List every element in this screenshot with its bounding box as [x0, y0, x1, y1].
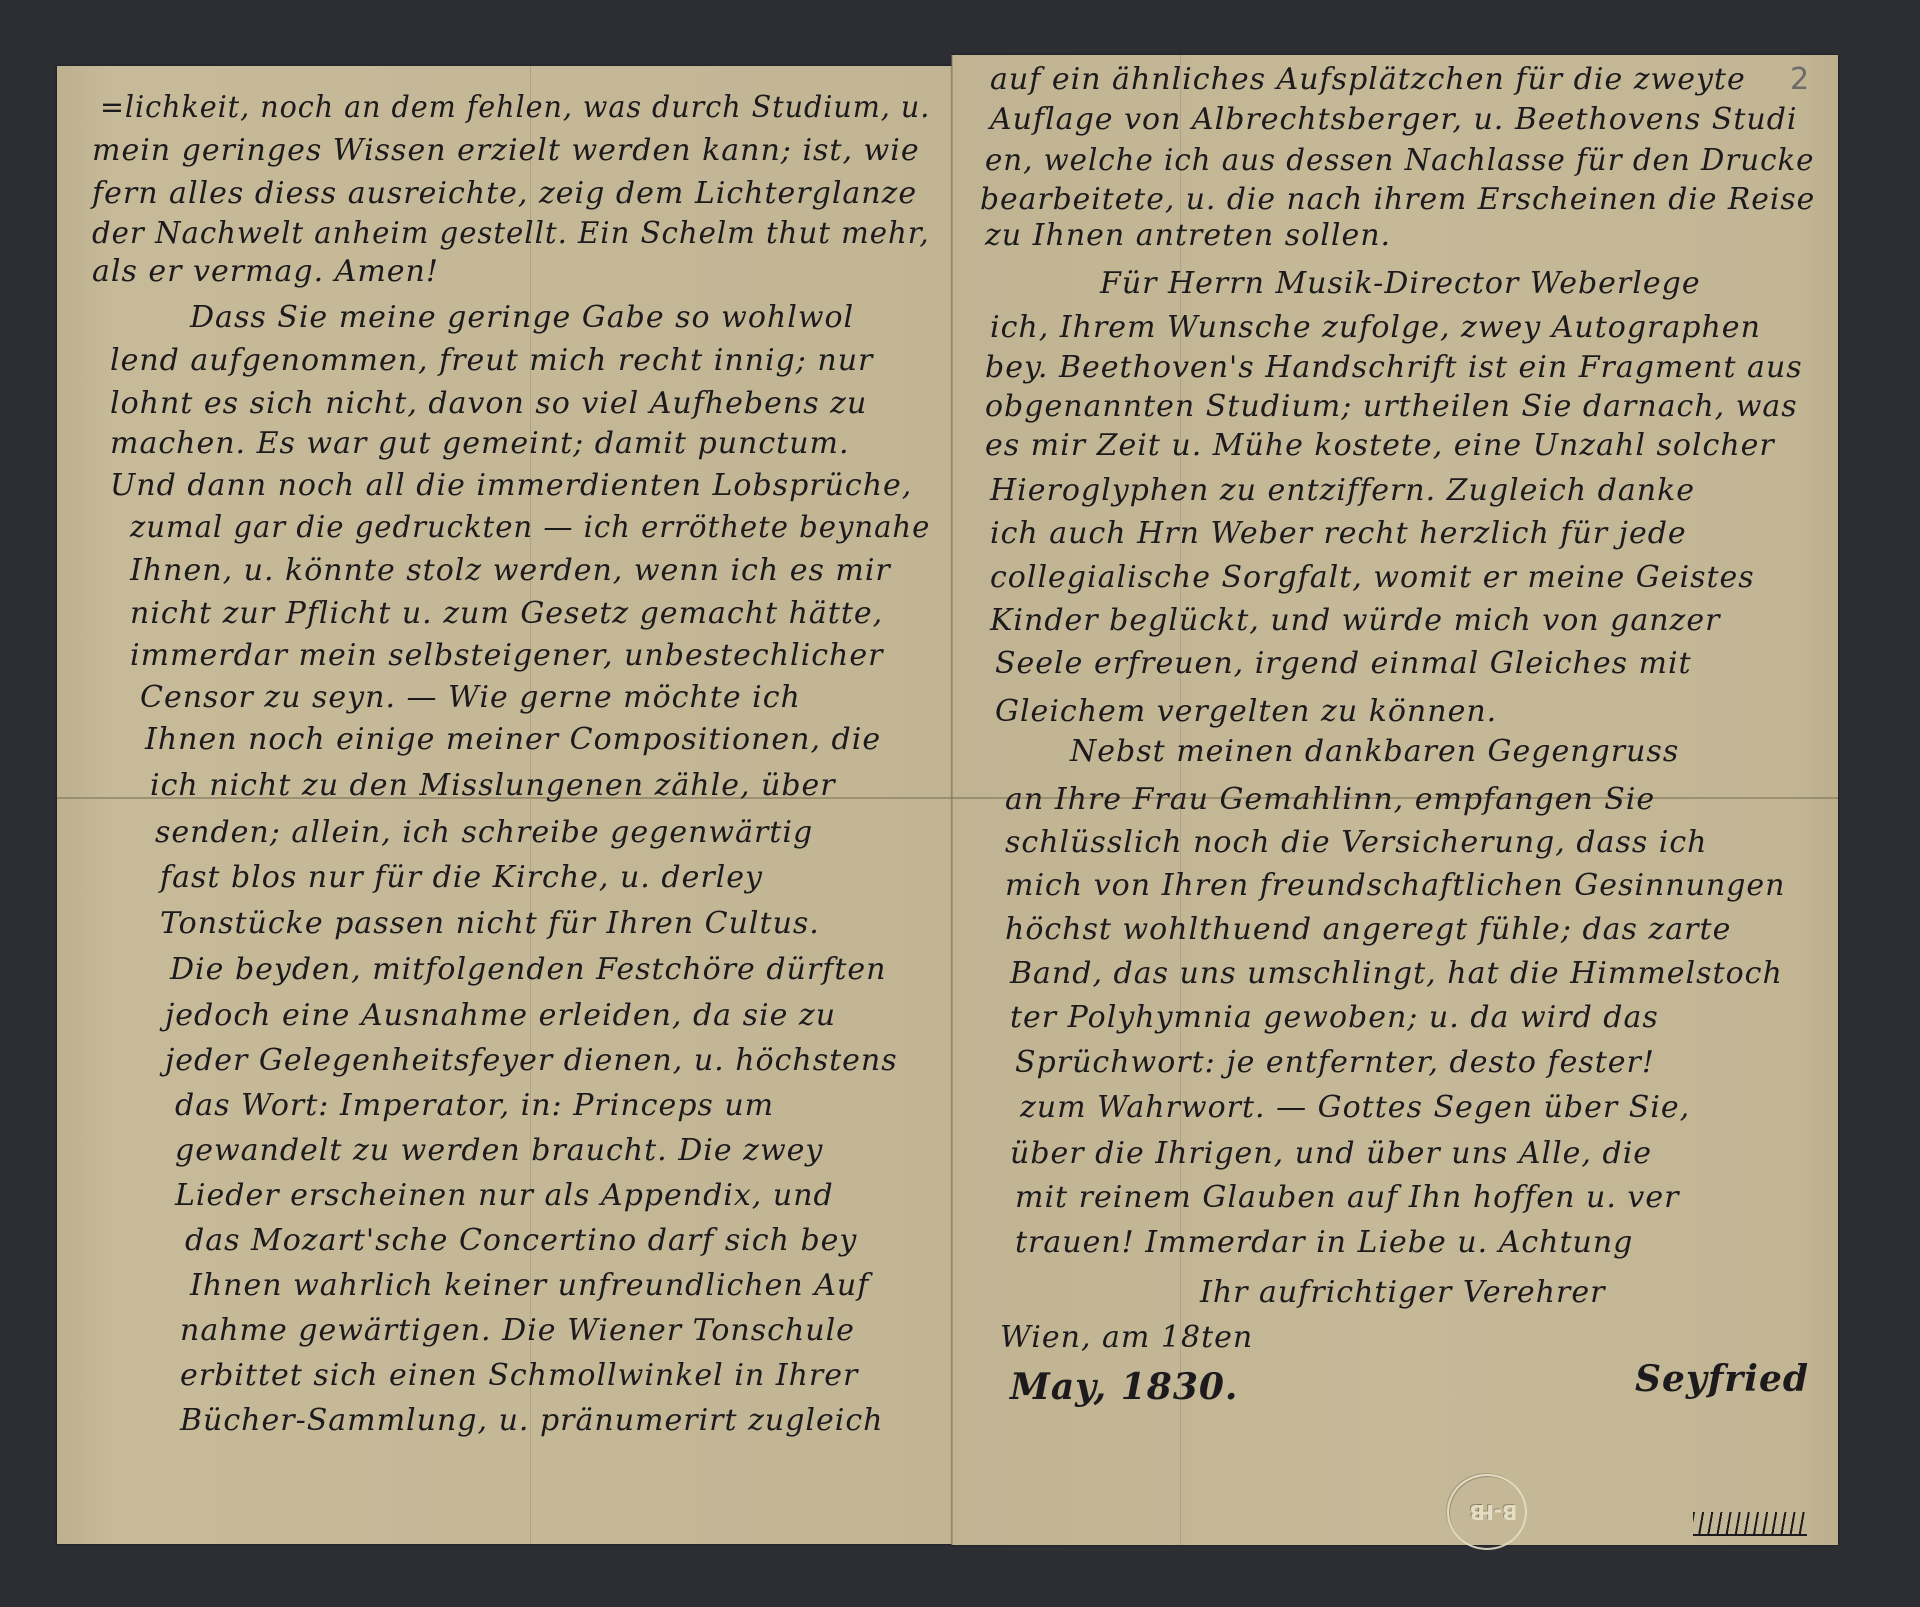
- stamp-text-2: B: [1457, 1502, 1497, 1522]
- text-line: Lieder erscheinen nur als Appendix, und: [175, 1178, 834, 1213]
- text-line: Und dann noch all die immerdienten Lobsp…: [110, 468, 912, 503]
- signature: Seyfried: [1635, 1358, 1809, 1400]
- text-line: der Nachwelt anheim gestellt. Ein Schelm…: [92, 216, 930, 251]
- text-line: Sprüchwort: je entfernter, desto fester!: [1015, 1045, 1655, 1080]
- text-line: erbittet sich einen Schmollwinkel in Ihr…: [180, 1358, 858, 1393]
- text-line: als er vermag. Amen!: [92, 254, 439, 289]
- text-line: über die Ihrigen, und über uns Alle, die: [1010, 1136, 1652, 1171]
- text-line: en, welche ich aus dessen Nachlasse für …: [985, 143, 1814, 178]
- text-line: das Mozart'sche Concertino darf sich bey: [185, 1223, 857, 1258]
- text-line: immerdar mein selbsteigener, unbestechli…: [130, 638, 883, 673]
- embossed-stamp-icon: B-H B: [1447, 1474, 1527, 1550]
- text-line: Ihnen noch einige meiner Compositionen, …: [145, 722, 881, 757]
- text-line: fast blos nur für die Kirche, u. derley: [160, 860, 763, 895]
- month-year: May, 1830.: [1010, 1366, 1238, 1408]
- closing-phrase: Ihr aufrichtiger Verehrer: [1200, 1275, 1605, 1310]
- text-line: obgenannten Studium; urtheilen Sie darna…: [985, 389, 1798, 424]
- text-line: zum Wahrwort. — Gottes Segen über Sie,: [1020, 1090, 1690, 1125]
- text-line: senden; allein, ich schreibe gegenwärtig: [155, 815, 813, 850]
- center-fold: [951, 55, 953, 1545]
- text-line: Censor zu seyn. — Wie gerne möchte ich: [140, 680, 801, 715]
- text-line: machen. Es war gut gemeint; damit punctu…: [110, 426, 850, 461]
- text-line: das Wort: Imperator, in: Princeps um: [175, 1088, 774, 1123]
- place-date: Wien, am 18ten: [1000, 1320, 1253, 1355]
- signature-flourish: [1693, 1512, 1807, 1536]
- text-line: Bücher-Sammlung, u. pränumerirt zugleich: [180, 1403, 884, 1438]
- text-line: =lichkeit, noch an dem fehlen, was durch…: [100, 90, 930, 125]
- text-line: Kinder beglückt, und würde mich von ganz…: [990, 603, 1720, 638]
- text-line: jeder Gelegenheitsfeyer dienen, u. höchs…: [165, 1043, 898, 1078]
- text-line: jedoch eine Ausnahme erleiden, da sie zu: [165, 998, 836, 1033]
- text-line: schlüsslich noch die Versicherung, dass …: [1005, 825, 1707, 860]
- text-line: es mir Zeit u. Mühe kostete, eine Unzahl…: [985, 428, 1775, 463]
- text-line: nahme gewärtigen. Die Wiener Tonschule: [180, 1313, 855, 1348]
- text-line: Band, das uns umschlingt, hat die Himmel…: [1010, 956, 1783, 991]
- text-line: nicht zur Pflicht u. zum Gesetz gemacht …: [130, 596, 883, 631]
- text-line: Die beyden, mitfolgenden Festchöre dürft…: [170, 952, 886, 987]
- text-line: Seele erfreuen, irgend einmal Gleiches m…: [995, 646, 1692, 681]
- text-line: lend aufgenommen, freut mich recht innig…: [110, 343, 873, 378]
- text-line: Tonstücke passen nicht für Ihren Cultus.: [160, 906, 820, 941]
- text-line: zu Ihnen antreten sollen.: [985, 218, 1391, 253]
- text-line: Ihnen, u. könnte stolz werden, wenn ich …: [130, 553, 891, 588]
- text-line: ter Polyhymnia gewoben; u. da wird das: [1010, 1000, 1659, 1035]
- text-line: Für Herrn Musik-Director Weberlege: [1100, 266, 1701, 301]
- text-line: trauen! Immerdar in Liebe u. Achtung: [1015, 1225, 1633, 1260]
- text-line: Hieroglyphen zu entziffern. Zugleich dan…: [990, 473, 1695, 508]
- text-line: ich auch Hrn Weber recht herzlich für je…: [990, 516, 1687, 551]
- text-line: collegialische Sorgfalt, womit er meine …: [990, 560, 1755, 595]
- text-line: Nebst meinen dankbaren Gegengruss: [1070, 734, 1679, 769]
- text-line: lohnt es sich nicht, davon so viel Aufhe…: [110, 386, 867, 421]
- text-line: zumal gar die gedruckten — ich erröthete…: [130, 510, 930, 545]
- text-line: höchst wohlthuend angeregt fühle; das za…: [1005, 912, 1731, 947]
- text-line: ich nicht zu den Misslungenen zähle, übe…: [150, 768, 836, 803]
- text-line: Auflage von Albrechtsberger, u. Beethove…: [990, 102, 1798, 137]
- page-number: 2: [1790, 62, 1809, 97]
- text-line: fern alles diess ausreichte, zeig dem Li…: [92, 176, 917, 211]
- text-line: ich, Ihrem Wunsche zufolge, zwey Autogra…: [990, 310, 1761, 345]
- text-line: Dass Sie meine geringe Gabe so wohlwol: [190, 300, 854, 335]
- text-line: auf ein ähnliches Aufsplätzchen für die …: [990, 62, 1746, 97]
- text-line: Gleichem vergelten zu können.: [995, 694, 1497, 729]
- text-line: an Ihre Frau Gemahlinn, empfangen Sie: [1005, 782, 1655, 817]
- text-line: Ihnen wahrlich keiner unfreundlichen Auf: [190, 1268, 869, 1303]
- text-line: gewandelt zu werden braucht. Die zwey: [175, 1133, 823, 1168]
- text-line: mich von Ihren freundschaftlichen Gesinn…: [1005, 868, 1786, 903]
- text-line: bearbeitete, u. die nach ihrem Erscheine…: [980, 182, 1815, 217]
- text-line: mein geringes Wissen erzielt werden kann…: [92, 133, 920, 168]
- text-line: mit reinem Glauben auf Ihn hoffen u. ver: [1015, 1180, 1679, 1215]
- text-line: bey. Beethoven's Handschrift ist ein Fra…: [985, 350, 1803, 385]
